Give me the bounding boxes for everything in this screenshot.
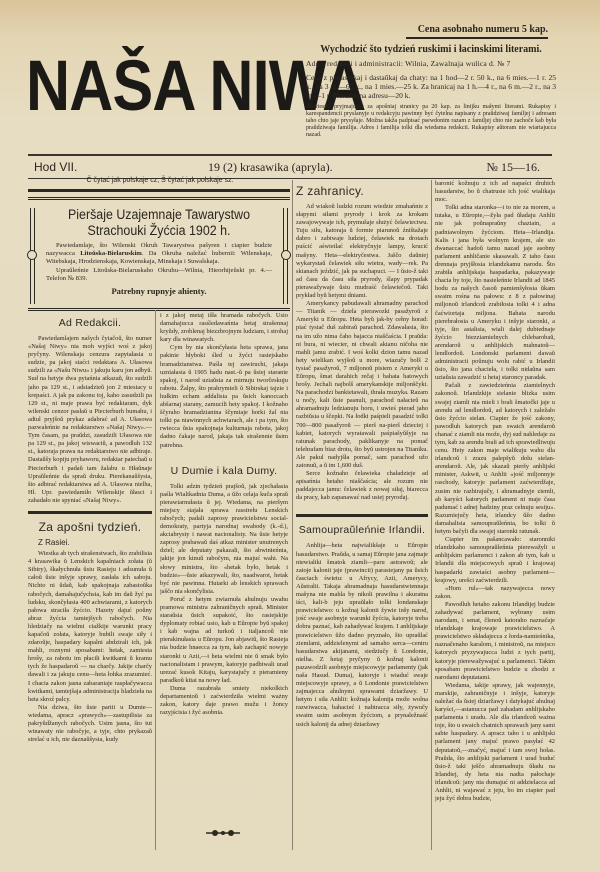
paragraph: Pawiedamlajem našych čytačoŭ, što numer … (28, 335, 152, 505)
newspaper-page: NAŠA NIWA Cena asobnaho numeru 5 kap. Wy… (0, 0, 600, 872)
subscription-prices: Cena z pierasyłkaj i dastaŭkaj da chaty:… (306, 73, 556, 100)
insurance-advertisement: Pieršaje Uzajemnaje Tawarystwo Strachouk… (28, 197, 290, 311)
ornament-icon (281, 250, 291, 260)
orthography-note: Č čytać jak polskaje cz; Š čytać jak pol… (60, 177, 260, 184)
single-issue-price: Cena asobnaho numeru 5 kap. (406, 24, 548, 39)
ad-text-bold: Litoŭska-Bielaruskim (80, 250, 142, 257)
ad-office: Upraŭleńnie Litoŭska-Bielaruskaho Okruhu… (46, 267, 272, 283)
headline-za-aposni-tydzien: Za apošni tydzień. (28, 520, 152, 534)
paragraph: Pawodluh hetaho zakonu Irlandijej budzie… (435, 601, 555, 682)
column-divider (431, 180, 432, 850)
column-4: baronić kožnuju z ich ad napaści druhich… (435, 180, 555, 803)
column-2: i z jakoj metaj išła hramada rabočych. U… (160, 312, 288, 717)
ornament-icon (206, 829, 240, 837)
paragraph: Wiedama, takije sprawy, jak wajennyje, m… (435, 682, 555, 803)
divider (28, 511, 152, 514)
paragraph: Nia dziwa, što ŭsie partii u Dumie—wieda… (28, 704, 152, 744)
issue-date: 19 (2) krasawika (apryla). (208, 156, 333, 178)
volume-year: Hod VII. (34, 156, 77, 178)
paragraph: Wiestka ab tych strašenstwach, što zrabi… (28, 550, 152, 704)
ad-call-to-action: Patrebny rupnyje ahienty. (28, 286, 290, 296)
issue-number: № 15—16. (487, 156, 540, 178)
paragraph: Ad wiakoŭ ludzki rozum wiedzie zmahańnie… (296, 203, 428, 300)
headline-samouprauleńnie-irlandii: Samoupraŭleńnie Irlandii. (296, 523, 428, 537)
column-divider (155, 310, 156, 850)
paragraph: Ciapier im pašancawało: staronniki irlan… (435, 536, 555, 585)
divider (28, 189, 290, 192)
paragraph: Pačali z zawiedzieńnia ziamielnych zakon… (435, 382, 555, 536)
divider (296, 514, 428, 517)
paragraph: baronić kožnuju z ich ad napaści druhich… (435, 180, 555, 204)
column-1: Ad Redakcii. Pawiedamlajem našych čytačo… (28, 312, 152, 744)
column-divider (292, 180, 293, 850)
subhead-z-rasiei: Z Rasiei. (38, 539, 152, 547)
paragraph: Cym by nia skončyłasia heta sprawa, jana… (160, 344, 288, 449)
headline-ad-redakcii: Ad Redakcii. (28, 316, 152, 330)
date-bar: Hod VII. 19 (2) krasawika (apryla). № 15… (28, 154, 552, 179)
ad-title-line: Strachouki Žyćcia 1902 h. (38, 223, 279, 239)
headline-u-dumie: U Dumie i kala Dumy. (160, 464, 288, 478)
editorial-address: Adres redakcii i administracii: Wilnia, … (306, 59, 556, 68)
paragraph: Amerykancy pabudawali ahramadny parachod… (296, 300, 428, 470)
paragraph: Serce kožnaho čelawieka chaładzieje ad a… (296, 470, 428, 502)
ornament-icon (27, 250, 37, 260)
paragraph: Tolki adzin tydzień prajšoŭ, jak zjechał… (160, 483, 288, 596)
tagline: Wychodzić što tydzień ruskimi i łacinski… (306, 45, 556, 54)
ad-title-line: Pieršaje Uzajemnaje Tawarystwo (38, 207, 279, 223)
publication-info: Wychodzić što tydzień ruskimi i łacinski… (306, 45, 556, 139)
masthead-title: NAŠA NIWA (26, 44, 251, 130)
paragraph: «Hom rul»—tak nazywajecca nowy zakon. (435, 585, 555, 601)
ad-body: Pawiedamlaje, što Wilenski Okruh Tawarys… (46, 242, 272, 283)
ad-title: Pieršaje Uzajemnaje Tawarystwo Strachouk… (38, 207, 279, 239)
paragraph: Poruč z hetym zwiarnuła ahulnuju uwahu p… (160, 596, 288, 685)
paragraph: Tolki adna staronka—i to nie za morem, a… (435, 204, 555, 382)
column-3: Z zahranicy. Ad wiakoŭ ludzki rozum wied… (296, 180, 428, 729)
paragraph: Duma razabrała smiety niekolkich departa… (160, 685, 288, 717)
headline-z-zahranicy: Z zahranicy. (296, 184, 428, 198)
advertising-notice: Abwiestki pryjmajucca za apošniaj strani… (306, 104, 556, 139)
paragraph: i z jakoj metaj išła hramada rabočych. U… (160, 312, 288, 344)
paragraph: Anhlija—heta najwialikšaje u Eŭropie has… (296, 542, 428, 728)
